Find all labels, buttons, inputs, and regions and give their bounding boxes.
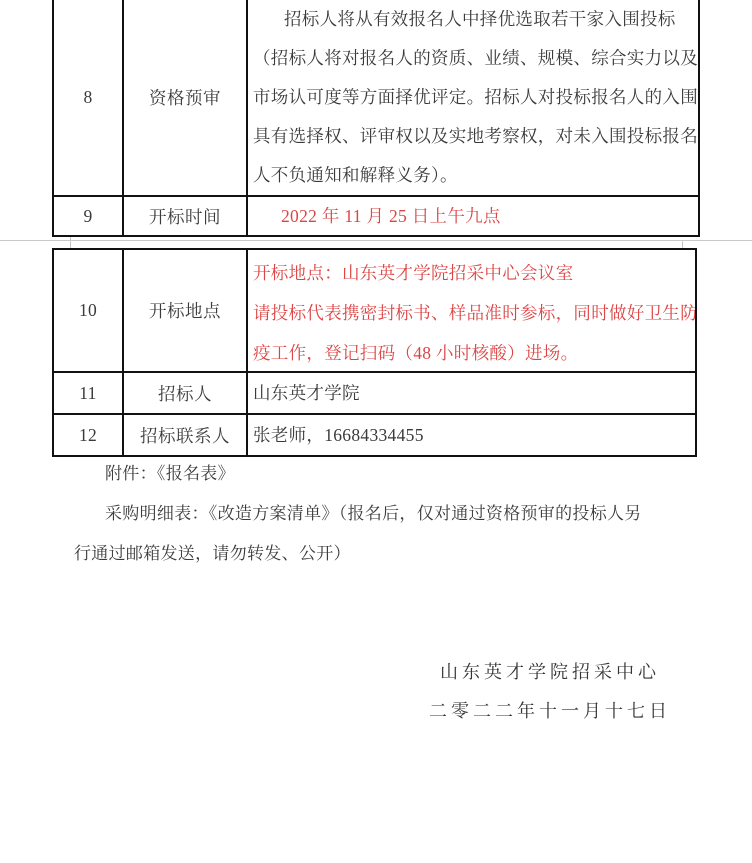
attachment-notes: 附件：《报名表》 采购明细表：《改造方案清单》（报名后，仅对通过资格预审的投标人… bbox=[74, 454, 722, 574]
content-line: 请投标代表携密封标书、样品准时参标，同时做好卫生防 bbox=[253, 293, 691, 333]
row-label-cell: 资格预审 bbox=[124, 0, 248, 195]
content-line: 山东英才学院 bbox=[253, 374, 691, 413]
detail-list-line-1: 采购明细表：《改造方案清单》（报名后，仅对通过资格预审的投标人另 bbox=[74, 494, 722, 534]
row-label-cell: 招标联系人 bbox=[124, 415, 248, 455]
row-content-cell: 山东英才学院 bbox=[248, 373, 695, 413]
signature-date: 二零二二年十一月十七日 bbox=[398, 692, 702, 731]
content-line: （招标人将对报名人的资质、业绩、规模、综合实力以及 bbox=[253, 39, 694, 78]
row-content-cell: 张老师，16684334455 bbox=[248, 415, 695, 455]
table-row-12: 12 招标联系人 张老师，16684334455 bbox=[54, 415, 695, 455]
tender-document-page: 8 资格预审 招标人将从有效报名人中择优选取若干家入围投标 （招标人将对报名人的… bbox=[0, 0, 752, 863]
tender-table-part2: 10 开标地点 开标地点：山东英才学院招采中心会议室 请投标代表携密封标书、样品… bbox=[52, 248, 697, 457]
table-row-10: 10 开标地点 开标地点：山东英才学院招采中心会议室 请投标代表携密封标书、样品… bbox=[54, 250, 695, 373]
content-line: 张老师，16684334455 bbox=[253, 416, 691, 455]
row-label-cell: 开标地点 bbox=[124, 250, 248, 371]
table-row-11: 11 招标人 山东英才学院 bbox=[54, 373, 695, 415]
content-line: 疫工作，登记扫码（48 小时核酸）进场。 bbox=[253, 333, 691, 371]
row-number-cell: 9 bbox=[54, 197, 124, 235]
signature-org: 山东英才学院招采中心 bbox=[398, 653, 702, 692]
row-label-cell: 招标人 bbox=[124, 373, 248, 413]
row-label-cell: 开标时间 bbox=[124, 197, 248, 235]
row-number-cell: 12 bbox=[54, 415, 124, 455]
page-break-line bbox=[0, 240, 752, 241]
row-content-cell: 2022 年 11 月 25 日上午九点 bbox=[248, 197, 698, 235]
content-line: 具有选择权、评审权以及实地考察权，对未入围投标报名 bbox=[253, 117, 694, 156]
row-number-cell: 11 bbox=[54, 373, 124, 413]
attachment-line: 附件：《报名表》 bbox=[74, 454, 722, 494]
detail-list-line-2: 行通过邮箱发送，请勿转发、公开） bbox=[74, 534, 722, 574]
content-line: 2022 年 11 月 25 日上午九点 bbox=[253, 197, 694, 235]
content-line: 市场认可度等方面择优评定。招标人对投标报名人的入围 bbox=[253, 78, 694, 117]
content-line: 开标地点：山东英才学院招采中心会议室 bbox=[253, 253, 691, 293]
signature-block: 山东英才学院招采中心 二零二二年十一月十七日 bbox=[398, 653, 702, 730]
tender-table-part1: 8 资格预审 招标人将从有效报名人中择优选取若干家入围投标 （招标人将对报名人的… bbox=[52, 0, 700, 237]
table-row-8: 8 资格预审 招标人将从有效报名人中择优选取若干家入围投标 （招标人将对报名人的… bbox=[54, 0, 698, 197]
row-content-cell: 开标地点：山东英才学院招采中心会议室 请投标代表携密封标书、样品准时参标，同时做… bbox=[248, 250, 695, 371]
content-line: 人不负通知和解释义务）。 bbox=[253, 156, 694, 195]
content-line: 招标人将从有效报名人中择优选取若干家入围投标 bbox=[253, 0, 694, 39]
table-row-9: 9 开标时间 2022 年 11 月 25 日上午九点 bbox=[54, 197, 698, 235]
row-number-cell: 8 bbox=[54, 0, 124, 195]
row-content-cell: 招标人将从有效报名人中择优选取若干家入围投标 （招标人将对报名人的资质、业绩、规… bbox=[248, 0, 698, 195]
row-number-cell: 10 bbox=[54, 250, 124, 371]
